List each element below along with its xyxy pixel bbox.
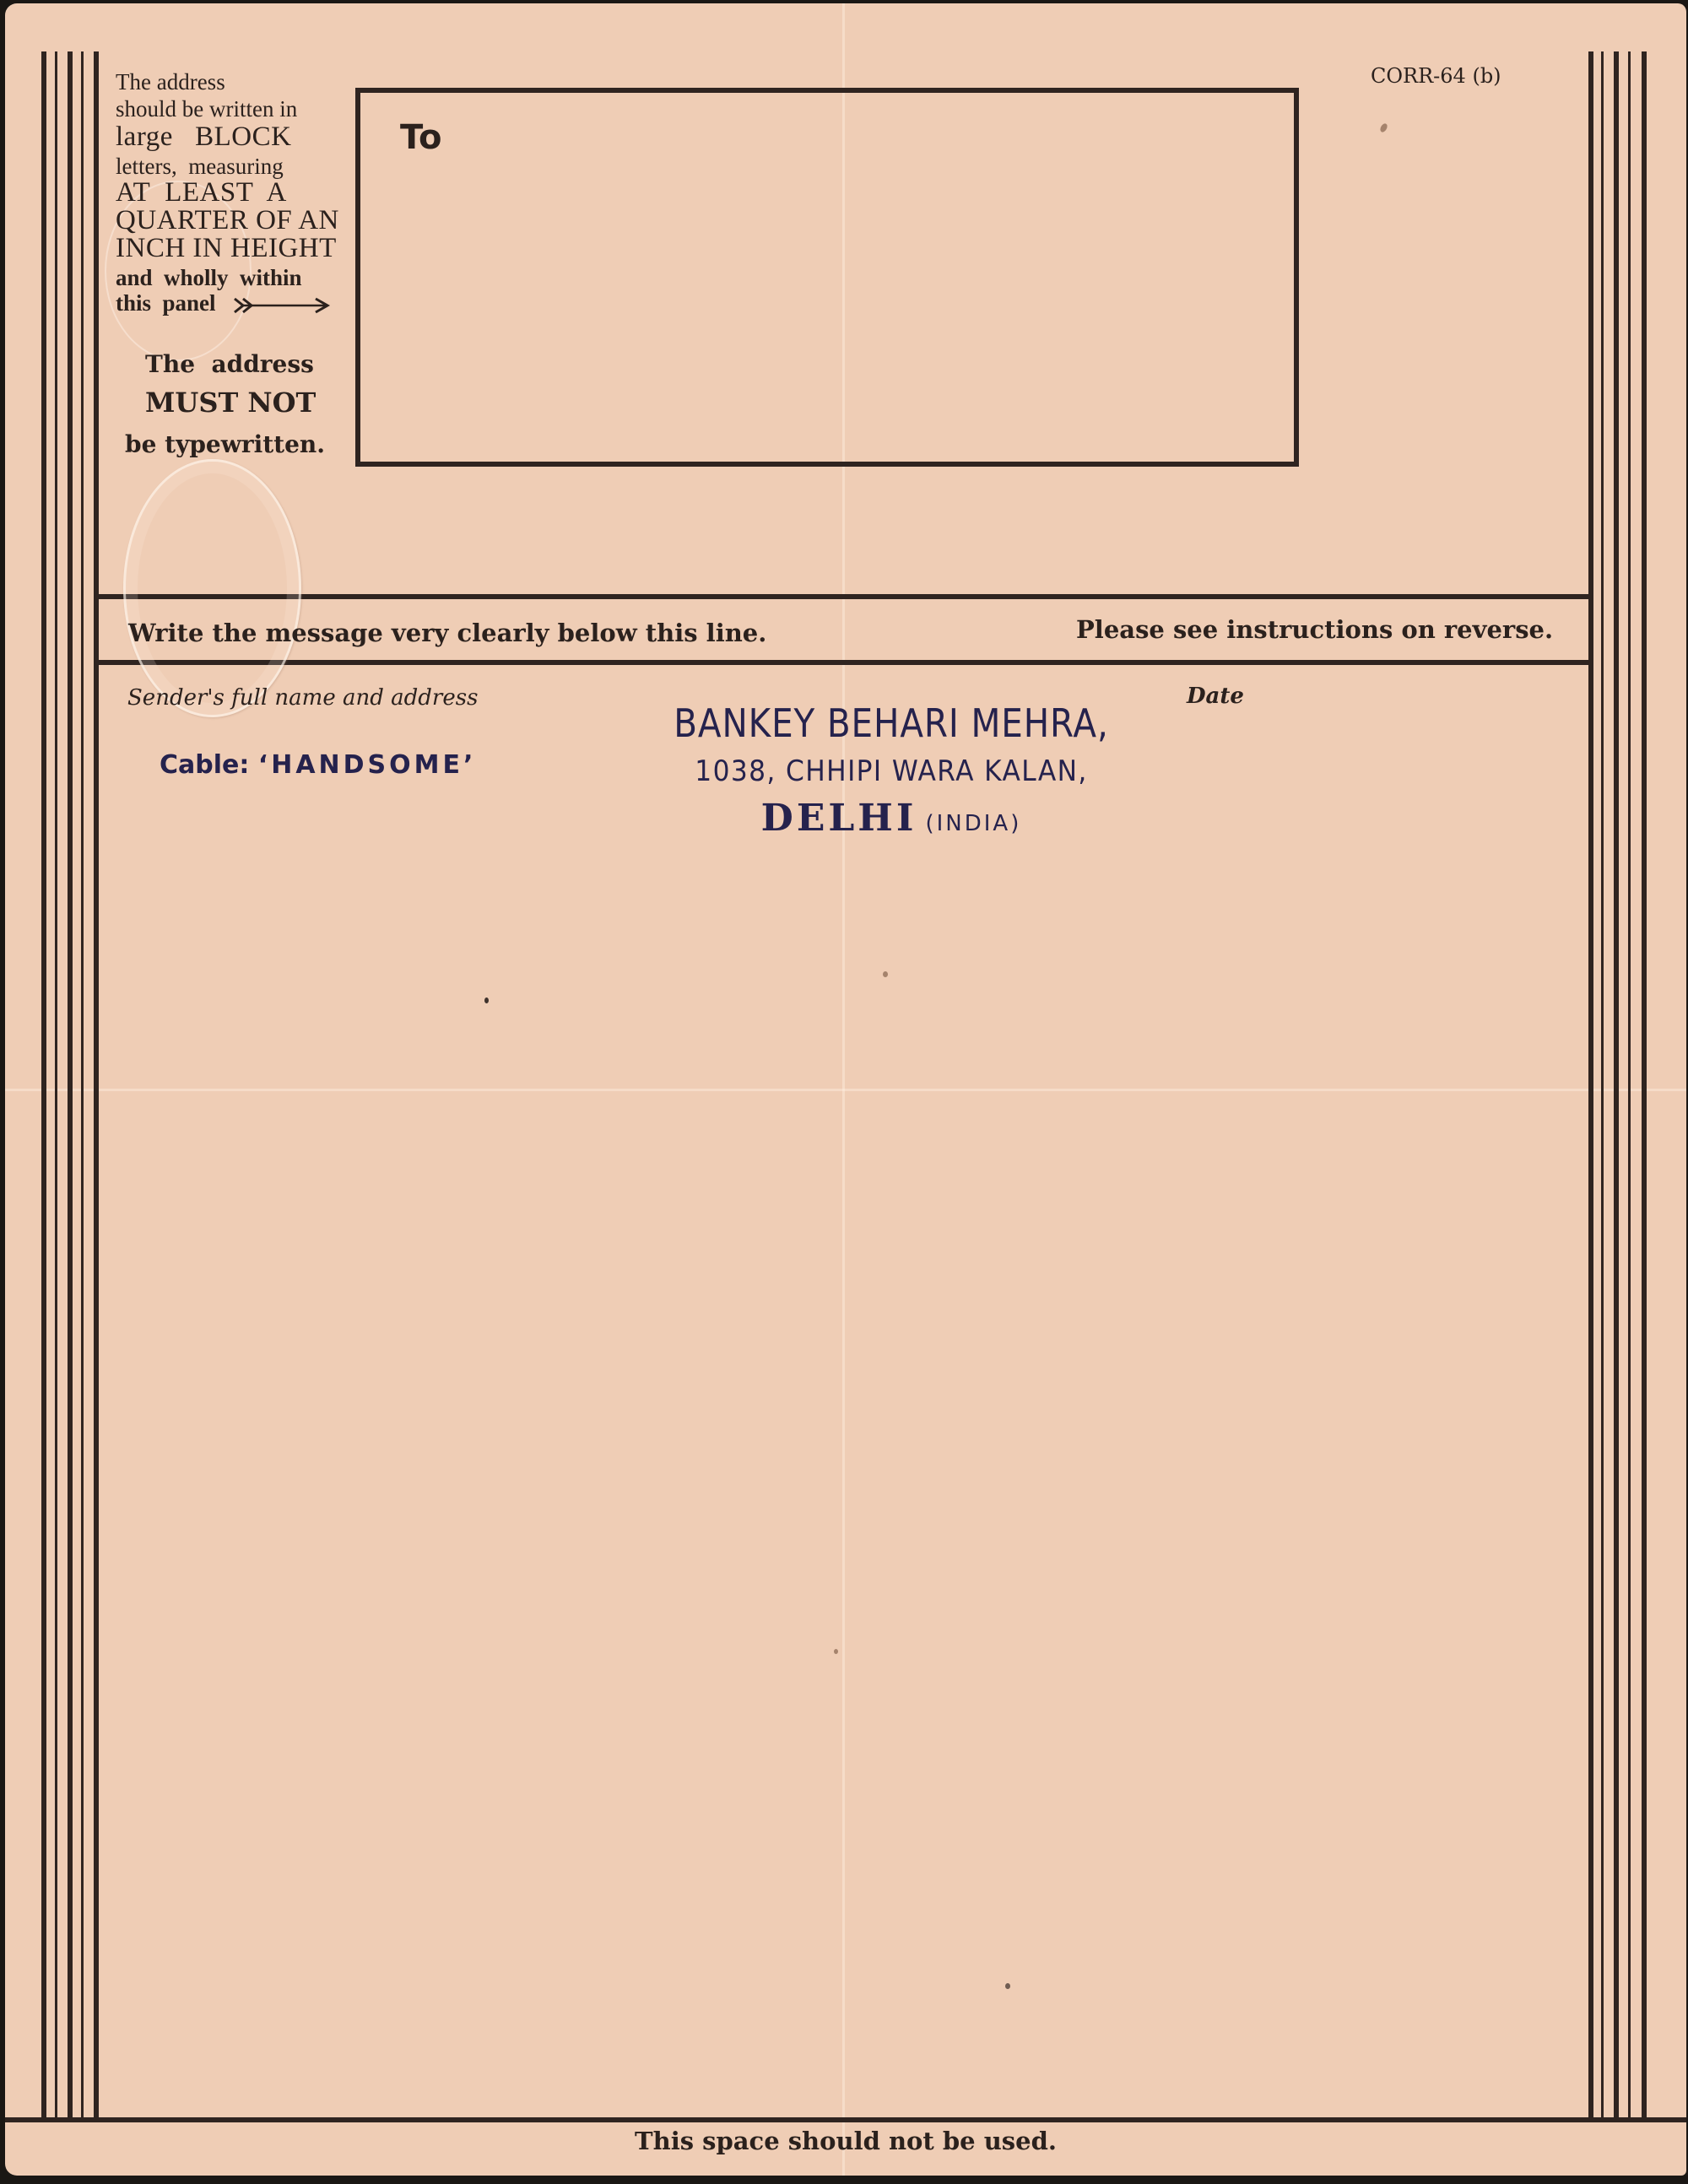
paper-speck	[484, 997, 489, 1003]
instruction-line: letters, measuring	[116, 154, 284, 180]
message-instruction: Write the message very clearly below thi…	[128, 619, 766, 647]
instruction-line: QUARTER OF AN	[116, 205, 339, 236]
embossed-king-profile-stamp-icon	[123, 459, 301, 717]
cable-word: ‘HANDSOME’	[258, 750, 477, 780]
message-writing-area[interactable]	[102, 839, 1588, 2113]
left-border-line	[68, 51, 73, 2119]
instruction-line: AT LEAST A	[116, 177, 287, 208]
reverse-instruction: Please see instructions on reverse.	[1076, 615, 1553, 644]
paper-speck	[883, 971, 888, 977]
aerogramme-form: CORR-64 (b) The address should be writte…	[5, 3, 1686, 2176]
instruction-line: INCH IN HEIGHT	[116, 233, 337, 264]
right-border-line	[1601, 51, 1604, 2119]
instruction-text: this panel	[116, 290, 216, 316]
sender-label: Sender's full name and address	[127, 685, 478, 711]
divider-bottom-rule	[94, 660, 1593, 665]
footer-rule	[5, 2117, 1686, 2122]
right-border-line	[1588, 51, 1593, 2119]
sender-city: DELHI	[761, 797, 917, 840]
warning-line: be typewritten.	[125, 430, 325, 458]
warning-line: The address	[145, 350, 314, 378]
instruction-line: should be written in	[116, 96, 297, 122]
cable-address: Cable: ‘HANDSOME’	[160, 750, 476, 780]
recipient-address-box[interactable]: To	[355, 88, 1299, 467]
date-label: Date	[1187, 684, 1244, 709]
instruction-line-with-arrow: this panel	[116, 290, 331, 320]
sender-name: BANKEY BEHARI MEHRA,	[631, 700, 1151, 746]
paper-speck	[1005, 1983, 1010, 1989]
left-border-line	[55, 51, 57, 2119]
cable-prefix: Cable:	[160, 750, 258, 780]
instruction-line: The address	[116, 69, 225, 95]
left-border-line	[41, 51, 46, 2119]
left-border-line	[81, 51, 84, 2119]
sender-city-line: DELHI(INDIA)	[596, 797, 1187, 840]
warning-line: MUST NOT	[145, 387, 316, 419]
paper-speck	[1379, 122, 1389, 133]
sender-country: (INDIA)	[925, 811, 1021, 836]
to-label: To	[400, 118, 441, 157]
instruction-line: and wholly within	[116, 265, 302, 291]
left-border-line	[94, 51, 99, 2119]
right-border-line	[1614, 51, 1619, 2119]
double-fletched-arrow-right-icon	[231, 295, 331, 320]
right-border-line	[1628, 51, 1631, 2119]
sender-street: 1038, CHHIPI WARA KALAN,	[619, 754, 1163, 788]
form-code: CORR-64 (b)	[1371, 64, 1501, 88]
footer-notice: This space should not be used.	[5, 2127, 1686, 2155]
divider-top-rule	[94, 594, 1593, 599]
instruction-line: large BLOCK	[116, 122, 291, 153]
paper-speck	[834, 1649, 838, 1654]
right-border-line	[1642, 51, 1647, 2119]
